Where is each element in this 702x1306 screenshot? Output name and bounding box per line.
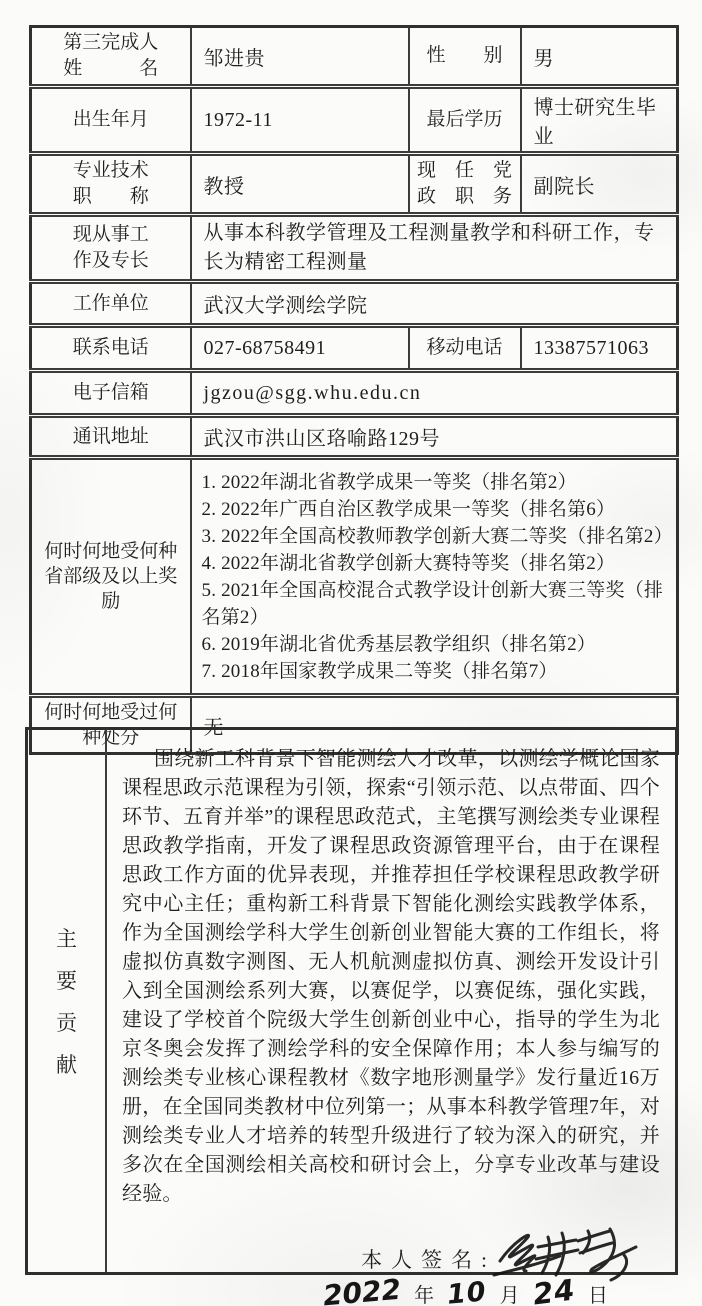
education-value: 博士研究生毕业 — [521, 87, 678, 154]
birth-value: 1972-11 — [191, 87, 409, 154]
date-day-label: 日 — [588, 1279, 608, 1306]
date-year-handwritten: 2022 — [322, 1273, 403, 1306]
contribution-body: 围绕新工科背景下智能测绘人才改革，以测绘学概论国家课程思政示范课程为引领，探索“… — [107, 730, 675, 1272]
personal-info-table: 第三完成人 姓 名 邹进贵 性 别 男 出生年月 1972-11 最后学历 博士… — [29, 25, 679, 755]
award-item: 2. 2022年广西自治区教学成果一等奖（排名第6） — [202, 496, 669, 523]
position-label-cell: 现 任 党 政 职 务 — [409, 154, 521, 215]
mobile-label-cell: 移动电话 — [409, 326, 521, 371]
row-employer: 工作单位 武汉大学测绘学院 — [31, 282, 678, 326]
row-phones: 联系电话 027-68758491 移动电话 13387571063 — [31, 326, 678, 371]
award-item: 1. 2022年湖北省教学成果一等奖（排名第2） — [202, 469, 669, 496]
date-year-label: 年 — [414, 1279, 434, 1306]
gender-label-cell: 性 别 — [409, 27, 521, 87]
contribution-label-char: 要 — [56, 965, 77, 995]
gender-value: 男 — [521, 27, 678, 87]
scanned-form-page: 第三完成人 姓 名 邹进贵 性 别 男 出生年月 1972-11 最后学历 博士… — [0, 0, 702, 1306]
address-value: 武汉市洪山区珞喻路129号 — [191, 416, 678, 458]
row-awards: 何时何地受何种省部级及以上奖励 1. 2022年湖北省教学成果一等奖（排名第2）… — [31, 458, 678, 696]
label-line: 现 任 党 — [416, 158, 514, 184]
signature-label: 本人签名: — [361, 1245, 496, 1275]
label-line: 政 职 务 — [416, 184, 514, 210]
date-day-handwritten: 24 — [531, 1273, 577, 1306]
signature-date-row: 2022 年 10 月 24 日 — [122, 1275, 608, 1306]
name-value: 邹进贵 — [191, 27, 409, 87]
row-current-work: 现从事工 作及专长 从事本科教学管理及工程测量教学和科研工作，专长为精密工程测量 — [31, 215, 678, 282]
label-line: 第三完成人 — [38, 30, 184, 56]
mobile-value: 13387571063 — [521, 326, 678, 371]
contribution-label-char: 贡 — [56, 1007, 77, 1037]
label-line: 姓 名 — [38, 56, 184, 82]
date-month-label: 月 — [500, 1279, 520, 1306]
position-value: 副院长 — [521, 154, 678, 215]
email-label-cell: 电子信箱 — [31, 371, 191, 416]
education-label-cell: 最后学历 — [409, 87, 521, 154]
signature-row: 本人签名: 邹进贵 — [122, 1223, 642, 1275]
label-line: 现从事工 — [38, 222, 184, 248]
contribution-label-char: 献 — [56, 1049, 77, 1079]
award-item: 5. 2021年全国高校混合式教学设计创新大赛三等奖（排名第2） — [202, 577, 669, 631]
label-line: 作及专长 — [38, 248, 184, 274]
date-month-handwritten: 10 — [446, 1276, 488, 1306]
contribution-label-char: 主 — [56, 923, 77, 953]
phone-label-cell: 联系电话 — [31, 326, 191, 371]
main-contribution-section: 主 要 贡 献 围绕新工科背景下智能测绘人才改革，以测绘学概论国家课程思政示范课… — [25, 727, 678, 1275]
award-item: 6. 2019年湖北省优秀基层教学组织（排名第2） — [202, 631, 669, 658]
title-label-cell: 专业技术 职 称 — [31, 154, 191, 215]
employer-label-cell: 工作单位 — [31, 282, 191, 326]
address-label-cell: 通讯地址 — [31, 416, 191, 458]
awards-label-cell: 何时何地受何种省部级及以上奖励 — [31, 458, 191, 696]
name-label-cell: 第三完成人 姓 名 — [31, 27, 191, 87]
award-item: 3. 2022年全国高校教师教学创新大赛二等奖（排名第2） — [202, 523, 669, 550]
contribution-paragraph: 围绕新工科背景下智能测绘人才改革，以测绘学概论国家课程思政示范课程为引领，探索“… — [122, 745, 660, 1209]
label-line: 职 称 — [38, 184, 184, 210]
email-value: jgzou@sgg.whu.edu.cn — [191, 371, 678, 416]
label-line: 性 别 — [416, 43, 514, 69]
title-value: 教授 — [191, 154, 409, 215]
award-item: 7. 2018年国家教学成果二等奖（排名第7） — [202, 658, 669, 685]
row-address: 通讯地址 武汉市洪山区珞喻路129号 — [31, 416, 678, 458]
row-name-gender: 第三完成人 姓 名 邹进贵 性 别 男 — [31, 27, 678, 87]
row-birth-education: 出生年月 1972-11 最后学历 博士研究生毕业 — [31, 87, 678, 154]
row-title-position: 专业技术 职 称 教授 现 任 党 政 职 务 副院长 — [31, 154, 678, 215]
label-line: 专业技术 — [38, 158, 184, 184]
awards-list: 1. 2022年湖北省教学成果一等奖（排名第2） 2. 2022年广西自治区教学… — [191, 458, 678, 696]
birth-label-cell: 出生年月 — [31, 87, 191, 154]
phone-value: 027-68758491 — [191, 326, 409, 371]
current-work-value: 从事本科教学管理及工程测量教学和科研工作，专长为精密工程测量 — [191, 215, 678, 282]
employer-value: 武汉大学测绘学院 — [191, 282, 678, 326]
contribution-label: 主 要 贡 献 — [28, 730, 107, 1272]
row-email: 电子信箱 jgzou@sgg.whu.edu.cn — [31, 371, 678, 416]
award-item: 4. 2022年湖北省教学创新大赛特等奖（排名第2） — [202, 550, 669, 577]
current-work-label-cell: 现从事工 作及专长 — [31, 215, 191, 282]
